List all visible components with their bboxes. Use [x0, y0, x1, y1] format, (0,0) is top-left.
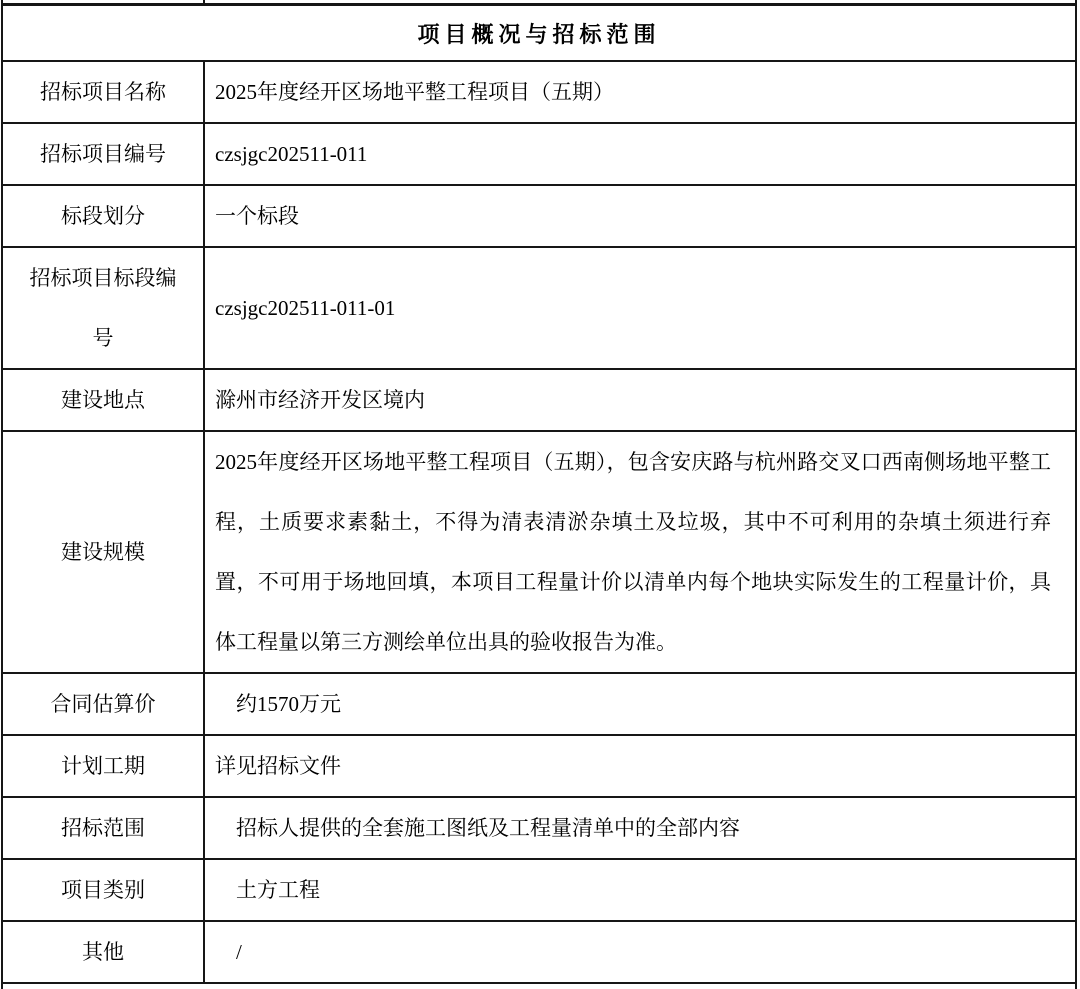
row-value: 2025年度经开区场地平整工程项目（五期） — [205, 62, 1075, 122]
table-row: 标段划分一个标段 — [3, 184, 1075, 246]
table-row: 合同估算价约1570万元 — [3, 672, 1075, 734]
row-label-text: 合同估算价 — [23, 674, 183, 734]
row-label-text: 招标范围 — [23, 798, 183, 858]
row-value-text: 2025年度经开区场地平整工程项目（五期），包含安庆路与杭州路交叉口西南侧场地平… — [215, 432, 1051, 672]
table-title: 项目概况与招标范围 — [417, 18, 660, 49]
row-label-text: 标段划分 — [23, 186, 183, 246]
row-label-text: 其他 — [23, 922, 183, 982]
row-label: 建设规模 — [3, 432, 205, 672]
previous-row-value-stub — [205, 0, 1075, 3]
row-value-text: 2025年度经开区场地平整工程项目（五期） — [215, 62, 1051, 122]
row-label: 项目类别 — [3, 860, 205, 920]
table-row: 其他/ — [3, 920, 1075, 982]
table-row: 计划工期详见招标文件 — [3, 734, 1075, 796]
row-label: 招标项目编号 — [3, 124, 205, 184]
row-value-text: 滁州市经济开发区境内 — [215, 370, 1051, 430]
row-value: / — [205, 922, 1075, 982]
row-label-text: 招标项目编号 — [23, 124, 183, 184]
row-value: 2025年度经开区场地平整工程项目（五期），包含安庆路与杭州路交叉口西南侧场地平… — [205, 432, 1075, 672]
row-label-text: 建设规模 — [23, 522, 183, 582]
row-label: 建设地点 — [3, 370, 205, 430]
table-row: 招标范围招标人提供的全套施工图纸及工程量清单中的全部内容 — [3, 796, 1075, 858]
row-label: 招标项目标段编号 — [3, 248, 205, 368]
next-row-fragment — [3, 982, 1075, 989]
row-label-text: 招标项目标段编号 — [23, 248, 183, 368]
previous-row-fragment — [3, 0, 1075, 3]
document-page: 项目概况与招标范围 招标项目名称2025年度经开区场地平整工程项目（五期）招标项… — [0, 0, 1080, 989]
row-label-text: 项目类别 — [23, 860, 183, 920]
row-label: 其他 — [3, 922, 205, 982]
row-value: czsjgc202511-011-01 — [205, 248, 1075, 368]
row-value-text: czsjgc202511-011 — [215, 124, 1051, 184]
row-label: 合同估算价 — [3, 674, 205, 734]
table-row: 招标项目编号czsjgc202511-011 — [3, 122, 1075, 184]
row-value: 约1570万元 — [205, 674, 1075, 734]
row-value-text: 一个标段 — [215, 186, 1051, 246]
table-body: 招标项目名称2025年度经开区场地平整工程项目（五期）招标项目编号czsjgc2… — [3, 60, 1075, 982]
row-value-text: 土方工程 — [236, 860, 1051, 920]
row-value: 招标人提供的全套施工图纸及工程量清单中的全部内容 — [205, 798, 1075, 858]
row-value: 详见招标文件 — [205, 736, 1075, 796]
row-value: 土方工程 — [205, 860, 1075, 920]
row-value-text: 招标人提供的全套施工图纸及工程量清单中的全部内容 — [236, 798, 1051, 858]
row-value-text: / — [236, 922, 1051, 982]
project-overview-table: 项目概况与招标范围 招标项目名称2025年度经开区场地平整工程项目（五期）招标项… — [1, 0, 1077, 989]
table-row: 建设地点滁州市经济开发区境内 — [3, 368, 1075, 430]
row-label-text: 建设地点 — [23, 370, 183, 430]
row-value-text: 约1570万元 — [236, 674, 1051, 734]
row-value-text: 详见招标文件 — [215, 736, 1051, 796]
row-label-text: 招标项目名称 — [23, 62, 183, 122]
table-header-row: 项目概况与招标范围 — [3, 3, 1075, 60]
table-row: 招标项目标段编号czsjgc202511-011-01 — [3, 246, 1075, 368]
row-value: 一个标段 — [205, 186, 1075, 246]
row-label: 招标项目名称 — [3, 62, 205, 122]
row-value: 滁州市经济开发区境内 — [205, 370, 1075, 430]
row-label-text: 计划工期 — [23, 736, 183, 796]
row-label: 招标范围 — [3, 798, 205, 858]
previous-row-label-stub — [3, 0, 205, 3]
table-row: 建设规模2025年度经开区场地平整工程项目（五期），包含安庆路与杭州路交叉口西南… — [3, 430, 1075, 672]
row-label: 标段划分 — [3, 186, 205, 246]
table-row: 招标项目名称2025年度经开区场地平整工程项目（五期） — [3, 60, 1075, 122]
row-value: czsjgc202511-011 — [205, 124, 1075, 184]
row-value-text: czsjgc202511-011-01 — [215, 278, 1051, 338]
table-row: 项目类别土方工程 — [3, 858, 1075, 920]
row-label: 计划工期 — [3, 736, 205, 796]
